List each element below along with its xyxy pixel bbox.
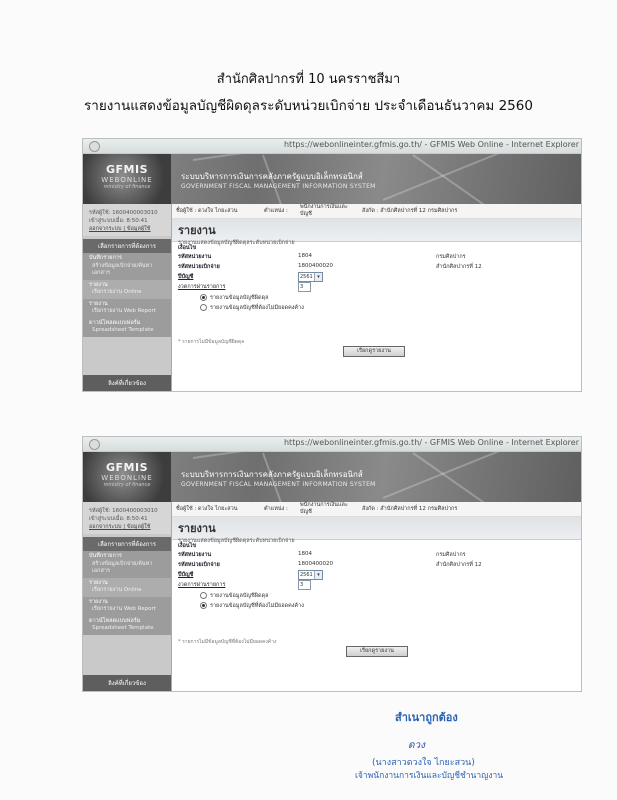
logo-subtext: WEBONLINE [83, 176, 171, 184]
system-name-thai: ระบบบริหารการเงินการคลังภาครัฐแบบอิเล็กท… [181, 170, 376, 183]
chevron-down-icon[interactable]: ▾ [314, 571, 322, 579]
logout-profile-links[interactable]: ออกจากระบบ | ข้อมูลผู้ใช้ [89, 523, 167, 531]
gfmis-logo[interactable]: GFMIS WEBONLINE ministry of finance [83, 452, 171, 502]
document-title: สำนักศิลปากรที่ 10 นครราชสีมา [0, 68, 617, 89]
related-links-header[interactable]: ลิงค์ที่เกี่ยวข้อง [83, 375, 171, 391]
logo-tagline: ministry of finance [83, 482, 171, 488]
page-header: รายงาน รายงานแสดงข้อมูลบัญชีผิดดุลระดับห… [172, 219, 581, 242]
signer-name: (นางสาวดวงใจ ไกยะสวน) [372, 755, 475, 769]
page-title: รายงาน [178, 517, 581, 537]
position-label: ตำแหน่ง : [264, 207, 288, 215]
system-name-english: GOVERNMENT FISCAL MANAGEMENT INFORMATION… [181, 481, 376, 488]
disbursement-unit-label: รหัสหน่วยเบิกจ่าย [178, 263, 220, 271]
session-time: เข้าสู่ระบบเมื่อ: 8:50:41 [89, 217, 167, 225]
agency-code-value: 1804 [298, 253, 312, 259]
sidebar-link[interactable]: เรียกรายงาน Web Report [89, 308, 165, 316]
radio-unbalanced-accounts[interactable]: รายงานข้อมูลบัญชีผิดดุล [200, 592, 269, 600]
sidebar: รหัสผู้ใช้: 1600400003010 เข้าสู่ระบบเมื… [83, 502, 172, 691]
sidebar-link[interactable]: Spreadsheet Template [89, 327, 165, 335]
sidebar-link[interactable]: เรียกรายงาน Online [89, 587, 165, 595]
system-name: ระบบบริหารการเงินการคลังภาครัฐแบบอิเล็กท… [181, 170, 376, 190]
fiscal-year-value: 2561 [300, 274, 313, 280]
browser-window-1: https://webonlineinter.gfmis.go.th/ - GF… [82, 138, 582, 392]
sidebar-category: รายงาน [89, 580, 165, 588]
browser-title: https://webonlineinter.gfmis.go.th/ - GF… [284, 140, 579, 149]
user-id: รหัสผู้ใช้: 1600400003010 [89, 209, 167, 217]
disbursement-unit-name: สำนักศิลปากรที่ 12 [436, 561, 482, 569]
radio-label: รายงานข้อมูลบัญชีผิดดุล [210, 295, 269, 301]
logo-subtext: WEBONLINE [83, 474, 171, 482]
internet-explorer-icon [89, 141, 100, 152]
sidebar-link[interactable]: เรียกรายงาน Online [89, 289, 165, 297]
fiscal-year-select[interactable]: 2561 ▾ [298, 570, 323, 580]
sidebar-category: บันทึกรายการ [89, 553, 165, 561]
affiliation: สังกัด : สำนักศิลปากรที่ 12 กรมศิลปากร [362, 505, 457, 513]
conditions-label: เงื่อนไข [178, 542, 196, 550]
system-name-english: GOVERNMENT FISCAL MANAGEMENT INFORMATION… [181, 183, 376, 190]
chevron-down-icon[interactable]: ▾ [314, 273, 322, 281]
sidebar-item-download-template[interactable]: ดาวน์โหลดแบบฟอร์ม Spreadsheet Template [83, 616, 171, 635]
internet-explorer-icon [89, 439, 100, 450]
disbursement-unit-name: สำนักศิลปากรที่ 12 [436, 263, 482, 271]
sidebar: รหัสผู้ใช้: 1600400003010 เข้าสู่ระบบเมื… [83, 204, 172, 391]
position-value: พนักงานการเงินและบัญชี [300, 502, 350, 515]
logo-tagline: ministry of finance [83, 184, 171, 190]
radio-unbalanced-accounts[interactable]: รายงานข้อมูลบัญชีผิดดุล [200, 294, 269, 302]
sidebar-category: รายงาน [89, 301, 165, 309]
browser-window-2: https://webonlineinter.gfmis.go.th/ - GF… [82, 436, 582, 692]
fiscal-year-label: ปีบัญชี [178, 571, 193, 579]
sidebar-category: ดาวน์โหลดแบบฟอร์ม [89, 320, 165, 328]
sidebar-link[interactable]: สร้างข้อมูลเบิกจ่าย/ค้นหาเอกสาร [89, 561, 165, 576]
signer-position: เจ้าพนักงานการเงินและบัญชีชำนาญงาน [355, 768, 503, 782]
sidebar-link[interactable]: สร้างข้อมูลเบิกจ่าย/ค้นหาเอกสาร [89, 263, 165, 278]
browser-titlebar: https://webonlineinter.gfmis.go.th/ - GF… [83, 139, 581, 154]
menu-header: เลือกรายการที่ต้องการ [83, 537, 171, 551]
gfmis-banner: GFMIS WEBONLINE ministry of finance ระบบ… [83, 452, 581, 502]
result-note: * รายการไม่มีข้อมูลบัญชีผิดดุล [178, 338, 244, 346]
sidebar-item-web-report[interactable]: รายงาน เรียกรายงาน Web Report [83, 299, 171, 318]
user-info-bar: ชื่อผู้ใช้ : ดวงใจ ไกยะสวน ตำแหน่ง : พนั… [172, 502, 581, 517]
sidebar-item-record[interactable]: บันทึกรายการ สร้างข้อมูลเบิกจ่าย/ค้นหาเอ… [83, 551, 171, 578]
agency-code-label: รหัสหน่วยงาน [178, 253, 211, 261]
gfmis-banner: GFMIS WEBONLINE ministry of finance ระบบ… [83, 154, 581, 204]
system-name: ระบบบริหารการเงินการคลังภาครัฐแบบอิเล็กท… [181, 468, 376, 488]
menu-header: เลือกรายการที่ต้องการ [83, 239, 171, 253]
user-name: ชื่อผู้ใช้ : ดวงใจ ไกยะสวน [176, 207, 238, 215]
page-subtitle: รายงานแสดงข้อมูลบัญชีผิดดุลระดับหน่วยเบิ… [178, 537, 581, 545]
certified-copy-stamp: สำเนาถูกต้อง [395, 708, 458, 726]
affiliation: สังกัด : สำนักศิลปากรที่ 12 กรมศิลปากร [362, 207, 457, 215]
page-subtitle: รายงานแสดงข้อมูลบัญชีผิดดุลระดับหน่วยเบิ… [178, 239, 581, 247]
sidebar-category: ดาวน์โหลดแบบฟอร์ม [89, 618, 165, 626]
position-value: พนักงานการเงินและบัญชี [300, 204, 350, 217]
user-info: รหัสผู้ใช้: 1600400003010 เข้าสู่ระบบเมื… [83, 204, 171, 236]
sidebar-category: บันทึกรายการ [89, 255, 165, 263]
period-label: งวดการผ่านรายการ [178, 283, 225, 291]
view-report-button[interactable]: เรียกดูรายงาน [343, 346, 405, 357]
document-subtitle: รายงานแสดงข้อมูลบัญชีผิดดุลระดับหน่วยเบิ… [0, 94, 617, 116]
disbursement-unit-value: 1800400020 [298, 561, 333, 567]
radio-label: รายงานข้อมูลบัญชีที่ต้องไม่มียอดคงค้าง [210, 603, 304, 609]
user-info: รหัสผู้ใช้: 1600400003010 เข้าสู่ระบบเมื… [83, 502, 171, 534]
user-id: รหัสผู้ใช้: 1600400003010 [89, 507, 167, 515]
browser-titlebar: https://webonlineinter.gfmis.go.th/ - GF… [83, 437, 581, 452]
sidebar-item-web-report[interactable]: รายงาน เรียกรายงาน Web Report [83, 597, 171, 616]
period-input[interactable]: 3 [298, 282, 311, 292]
system-name-thai: ระบบบริหารการเงินการคลังภาครัฐแบบอิเล็กท… [181, 468, 376, 481]
fiscal-year-label: ปีบัญชี [178, 273, 193, 281]
gfmis-logo[interactable]: GFMIS WEBONLINE ministry of finance [83, 154, 171, 204]
agency-name: กรมศิลปากร [436, 551, 466, 559]
main-content: ชื่อผู้ใช้ : ดวงใจ ไกยะสวน ตำแหน่ง : พนั… [172, 204, 581, 391]
fiscal-year-value: 2561 [300, 572, 313, 578]
result-note: * รายการไม่มีข้อมูลบัญชีที่ต้องไม่มียอดค… [178, 638, 276, 646]
sidebar-item-report-online[interactable]: รายงาน เรียกรายงาน Online [83, 280, 171, 299]
related-links-header[interactable]: ลิงค์ที่เกี่ยวข้อง [83, 675, 171, 691]
main-content: ชื่อผู้ใช้ : ดวงใจ ไกยะสวน ตำแหน่ง : พนั… [172, 502, 581, 691]
disbursement-unit-value: 1800400020 [298, 263, 333, 269]
fiscal-year-select[interactable]: 2561 ▾ [298, 272, 323, 282]
period-label: งวดการผ่านรายการ [178, 581, 225, 589]
logout-profile-links[interactable]: ออกจากระบบ | ข้อมูลผู้ใช้ [89, 225, 167, 233]
page-title: รายงาน [178, 219, 581, 239]
radio-label: รายงานข้อมูลบัญชีที่ต้องไม่มียอดคงค้าง [210, 305, 304, 311]
logo-text: GFMIS [83, 461, 171, 474]
user-name: ชื่อผู้ใช้ : ดวงใจ ไกยะสวน [176, 505, 238, 513]
agency-name: กรมศิลปากร [436, 253, 466, 261]
radio-button[interactable] [200, 592, 207, 599]
radio-no-outstanding-balance[interactable]: รายงานข้อมูลบัญชีที่ต้องไม่มียอดคงค้าง [200, 602, 304, 610]
position-label: ตำแหน่ง : [264, 505, 288, 513]
radio-no-outstanding-balance[interactable]: รายงานข้อมูลบัญชีที่ต้องไม่มียอดคงค้าง [200, 304, 304, 312]
radio-button[interactable] [200, 304, 207, 311]
conditions-label: เงื่อนไข [178, 244, 196, 252]
sidebar-link[interactable]: Spreadsheet Template [89, 625, 165, 633]
sidebar-category: รายงาน [89, 282, 165, 290]
agency-code-value: 1804 [298, 551, 312, 557]
sidebar-item-record[interactable]: บันทึกรายการ สร้างข้อมูลเบิกจ่าย/ค้นหาเอ… [83, 253, 171, 280]
session-time: เข้าสู่ระบบเมื่อ: 8:50:41 [89, 515, 167, 523]
logo-text: GFMIS [83, 163, 171, 176]
user-info-bar: ชื่อผู้ใช้ : ดวงใจ ไกยะสวน ตำแหน่ง : พนั… [172, 204, 581, 219]
agency-code-label: รหัสหน่วยงาน [178, 551, 211, 559]
radio-button[interactable] [200, 294, 207, 301]
view-report-button[interactable]: เรียกดูรายงาน [346, 646, 408, 657]
signature: ดวง [408, 738, 425, 753]
disbursement-unit-label: รหัสหน่วยเบิกจ่าย [178, 561, 220, 569]
sidebar-link[interactable]: เรียกรายงาน Web Report [89, 606, 165, 614]
sidebar-item-download-template[interactable]: ดาวน์โหลดแบบฟอร์ม Spreadsheet Template [83, 318, 171, 337]
browser-title: https://webonlineinter.gfmis.go.th/ - GF… [284, 438, 579, 447]
sidebar-item-report-online[interactable]: รายงาน เรียกรายงาน Online [83, 578, 171, 597]
period-input[interactable]: 3 [298, 580, 311, 590]
radio-button[interactable] [200, 602, 207, 609]
page-header: รายงาน รายงานแสดงข้อมูลบัญชีผิดดุลระดับห… [172, 517, 581, 540]
radio-label: รายงานข้อมูลบัญชีผิดดุล [210, 593, 269, 599]
sidebar-category: รายงาน [89, 599, 165, 607]
